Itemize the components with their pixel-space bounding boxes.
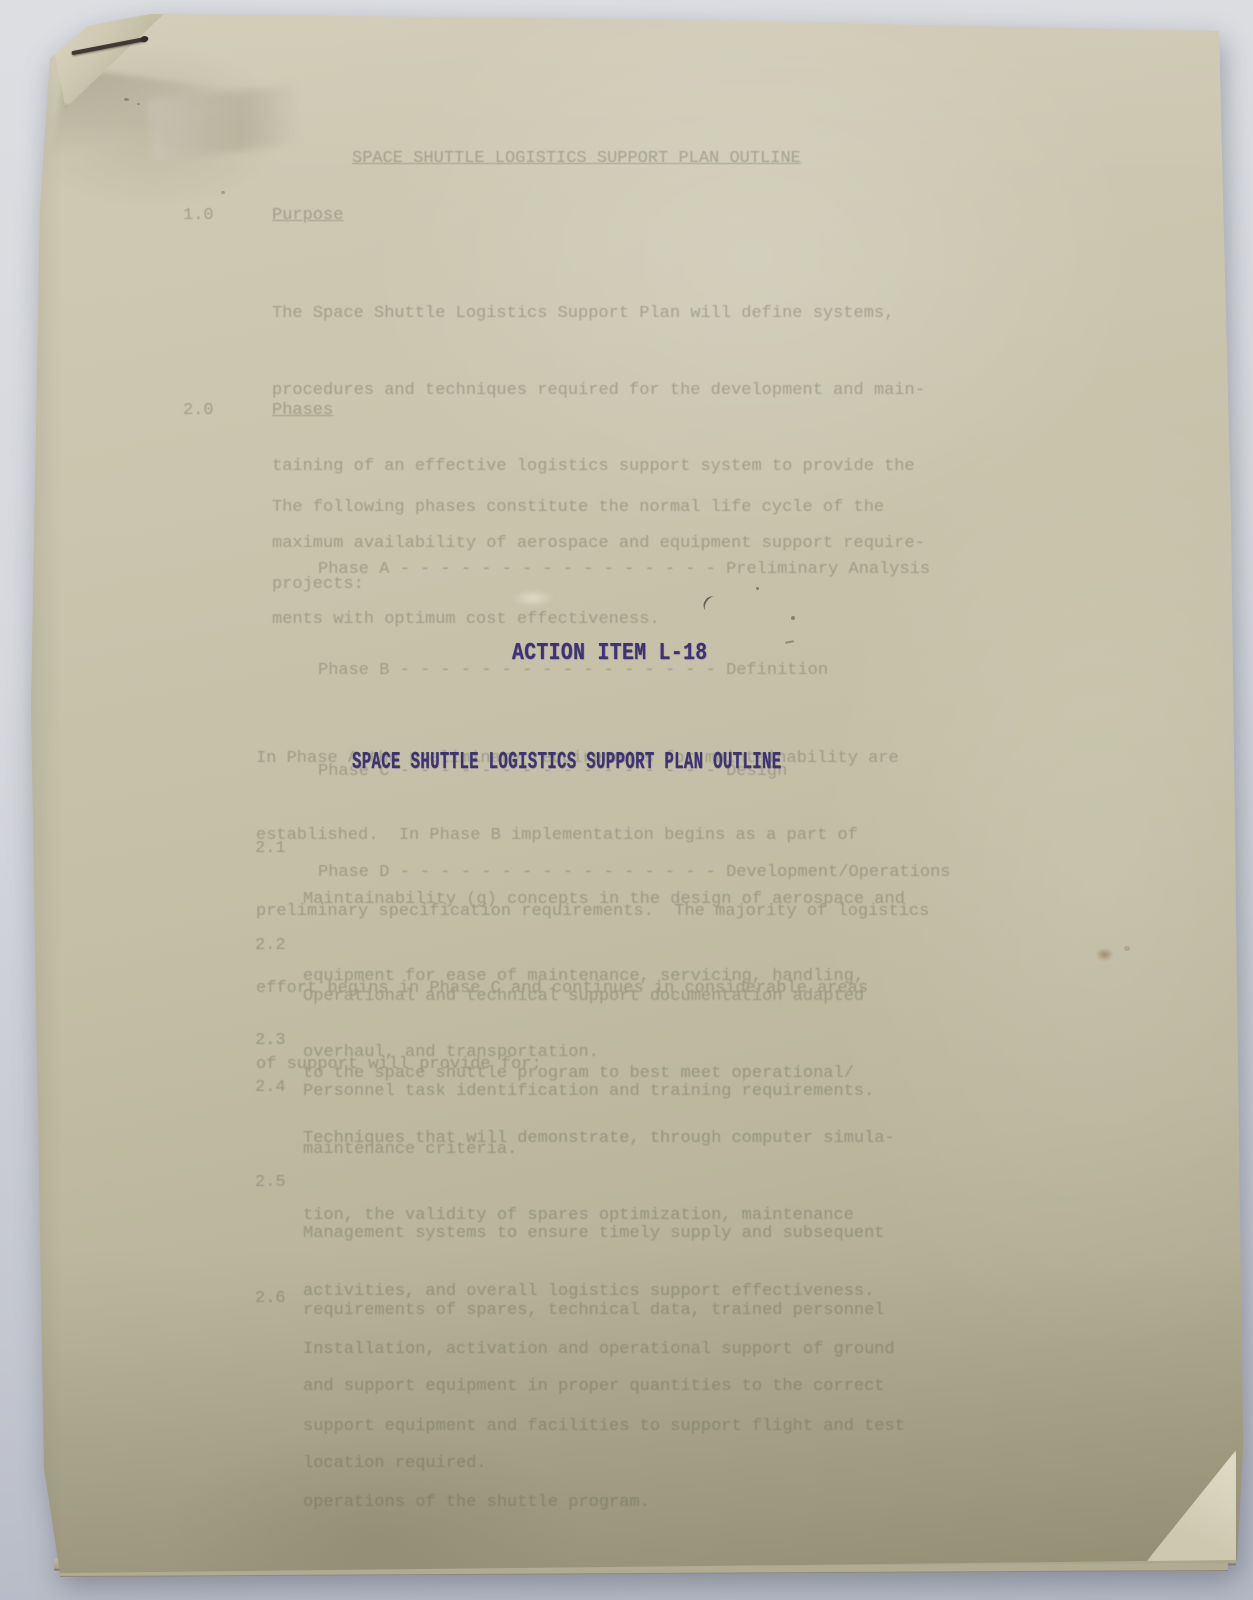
- pencil-dash-mark: [785, 640, 794, 644]
- corner-dent-shadow: [147, 84, 302, 159]
- ghost-text-line: maintenance criteria.: [303, 1137, 864, 1163]
- ghost-text-line: tion, the validity of spares optimizatio…: [303, 1203, 895, 1229]
- ghost-text-line: Personnel task identification and traini…: [303, 1079, 874, 1105]
- ghost-item-2-3: 2.3 Personnel task identification and tr…: [255, 1028, 874, 1156]
- ghost-section-number: 1.0: [183, 203, 214, 229]
- ghost-phase-d: Phase D - - - - - - - - - - - - - - - - …: [318, 860, 951, 886]
- brown-stain: [1096, 948, 1113, 961]
- ghost-item-number: 2.3: [255, 1028, 303, 1156]
- ghost-text-line: The Space Shuttle Logistics Support Plan…: [272, 301, 925, 327]
- ghost-item-number: 2.4: [255, 1075, 303, 1356]
- photo-of-stapled-document: SPACE SHUTTLE LOGISTICS SUPPORT PLAN OUT…: [0, 0, 1253, 1600]
- ghost-page-heading: SPACE SHUTTLE LOGISTICS SUPPORT PLAN OUT…: [352, 146, 801, 172]
- ghost-text-line: maximum availability of aerospace and eq…: [272, 531, 925, 557]
- ghost-paragraph-phases-intro: The following phases constitute the norm…: [272, 444, 884, 648]
- ghost-text-line: equipment for ease of maintenance, servi…: [303, 964, 905, 990]
- ghost-text-line: preliminary specification requirements. …: [256, 899, 929, 925]
- ghost-text-line: activities, and overall logistics suppor…: [303, 1279, 895, 1305]
- ghost-paragraph-purpose: The Space Shuttle Logistics Support Plan…: [272, 250, 925, 684]
- ghost-phase-list: Phase A - - - - - - - - - - - - - - - - …: [318, 506, 951, 961]
- ghost-text-line: Maintainability (g) concepts in the desi…: [303, 887, 905, 913]
- ghost-item-2-1: 2.1 Maintainability (g) concepts in the …: [255, 836, 905, 1117]
- paper-speck: [791, 616, 795, 620]
- ink-hair-mark: [701, 594, 721, 614]
- ghost-text-line: The following phases constitute the norm…: [272, 495, 884, 521]
- ghost-text-line: to the space shuttle program to best mee…: [303, 1061, 864, 1087]
- ghost-item-2-4: 2.4 Techniques that will demonstrate, th…: [255, 1075, 895, 1356]
- ghost-item-number: 2.6: [255, 1286, 303, 1567]
- ghost-text-line: Installation, activation and operational…: [303, 1337, 905, 1363]
- ghost-phase-a: Phase A - - - - - - - - - - - - - - - - …: [318, 557, 951, 583]
- action-item-stamp: ACTION ITEM L-18: [512, 641, 708, 667]
- ghost-text-line: Techniques that will demonstrate, throug…: [303, 1126, 895, 1152]
- ghost-text-line: ments with optimum cost effectiveness.: [272, 607, 925, 633]
- document-cover-page: SPACE SHUTTLE LOGISTICS SUPPORT PLAN OUT…: [0, 0, 1253, 1600]
- light-smudge: [512, 590, 554, 606]
- ghost-text-line: taining of an effective logistics suppor…: [272, 454, 925, 480]
- ghost-text-line: requirements of spares, technical data, …: [303, 1298, 885, 1324]
- brown-stain-small: [1124, 946, 1130, 951]
- dog-eared-corner: [40, 8, 168, 108]
- ghost-section-heading-purpose: Purpose: [272, 203, 343, 229]
- ghost-text-line: established. In Phase B implementation b…: [256, 823, 929, 849]
- ghost-item-2-6: 2.6 Installation, activation and operati…: [255, 1286, 905, 1567]
- ghost-item-2-2: 2.2 Operational and technical support do…: [255, 933, 864, 1214]
- ghost-paragraph-phase-detail: In Phase A the preliminary requirements …: [256, 695, 929, 1129]
- ghost-item-number: 2.1: [255, 836, 303, 1117]
- ghost-text-line: support equipment and facilities to supp…: [303, 1414, 905, 1440]
- ghost-text-line: of support will provide for:: [256, 1052, 929, 1078]
- ghost-text-line: operations of the shuttle program.: [303, 1490, 905, 1516]
- ghost-text-line: location required.: [303, 1451, 885, 1477]
- ghost-text-line: and support equipment in proper quantiti…: [303, 1374, 885, 1400]
- under-page-corner: [1146, 1450, 1236, 1562]
- ghost-text-line: procedures and techniques required for t…: [272, 378, 925, 404]
- ghost-section-number: 2.0: [183, 398, 214, 424]
- ghost-text-line: Management systems to ensure timely supp…: [303, 1221, 885, 1247]
- ghost-item-number: 2.5: [255, 1170, 303, 1527]
- ghost-text-line: projects:: [272, 572, 884, 598]
- corner-crease-shadow: [53, 67, 234, 180]
- ghost-section-heading-phases: Phases: [272, 398, 333, 424]
- paper-speck: [221, 191, 225, 194]
- ghost-item-2-5: 2.5 Management systems to ensure timely …: [255, 1170, 885, 1527]
- paper-speck: [137, 103, 140, 105]
- ghost-item-number: 2.2: [255, 933, 303, 1214]
- ghost-text-line: In Phase A the preliminary requirements …: [256, 746, 929, 772]
- paper-speck: [756, 587, 759, 590]
- ghost-phase-c: Phase C - - - - - - - - - - - - - - - - …: [318, 759, 951, 785]
- paper-speck: [124, 98, 129, 101]
- paper-stack: SPACE SHUTTLE LOGISTICS SUPPORT PLAN OUT…: [0, 0, 1253, 1600]
- document-title-stamp: SPACE SHUTTLE LOGISTICS SUPPORT PLAN OUT…: [352, 750, 781, 776]
- ghost-phase-b: Phase B - - - - - - - - - - - - - - - - …: [318, 658, 951, 684]
- ghost-text-line: effort begins in Phase C and continues i…: [256, 976, 929, 1002]
- ghost-text-line: overhaul, and transportation.: [303, 1040, 905, 1066]
- faded-typewriter-text-layer: SPACE SHUTTLE LOGISTICS SUPPORT PLAN OUT…: [0, 0, 1253, 1600]
- ghost-text-line: Operational and technical support docume…: [303, 984, 864, 1010]
- staple: [71, 37, 146, 55]
